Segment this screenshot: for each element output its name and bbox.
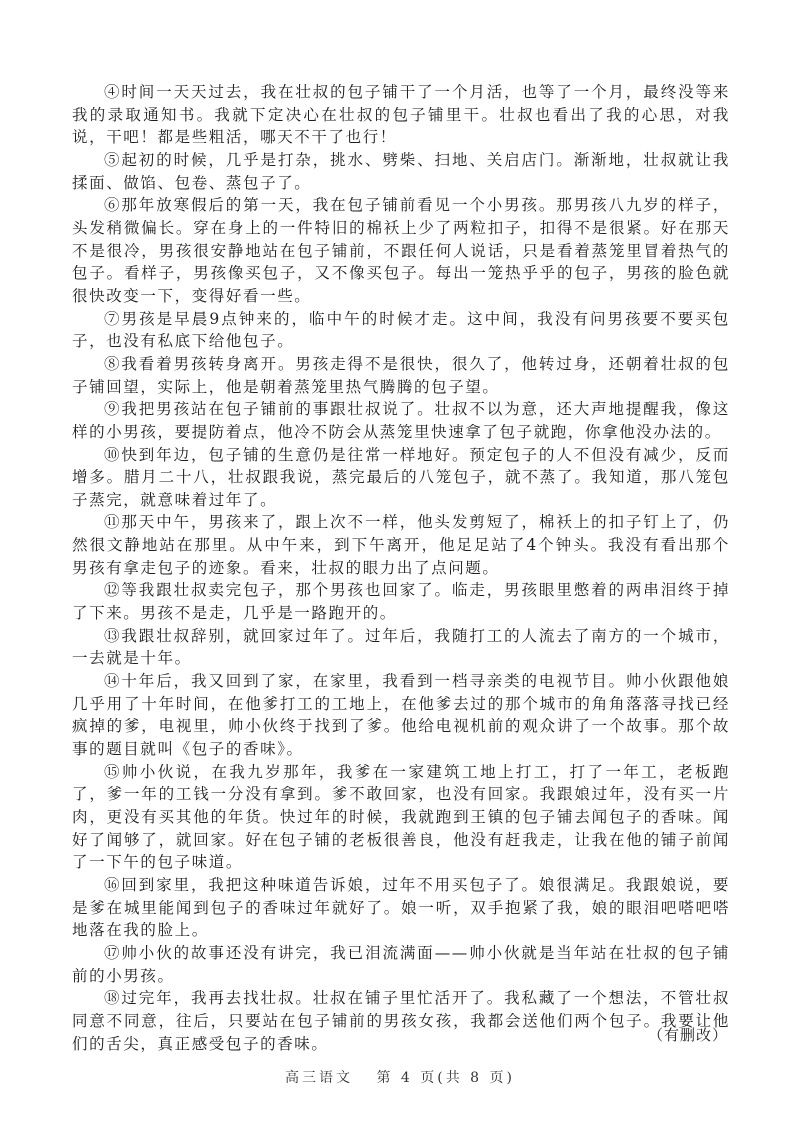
paragraph-18: ⑱过完年，我再去找壮叔。壮叔在铺子里忙活开了。我私藏了一个想法，不管壮叔同意不同… [72,987,730,1055]
paragraph-number: ⑱ [104,989,121,1007]
paragraph-number: ⑮ [104,763,122,781]
paragraph-text: 回到家里，我把这种味道告诉娘，过年不用买包子了。娘很满足。我跟娘说，要是爹在城里… [72,876,730,939]
paragraph-11: ⑪那天中午，男孩来了，跟上次不一样，他头发剪短了，棉袄上的扣子钉上了，仍然很文静… [72,511,730,579]
paragraph-text: 帅小伙说，在我九岁那年，我爹在一家建筑工地上打工，打了一年工，老板跑了，爹一年的… [72,763,730,872]
page-footer: 高三语文 第 4 页(共 8 页) [0,1067,800,1087]
paragraph-text: 那年放寒假后的第一天，我在包子铺前看见一个小男孩。那男孩八九岁的样子，头发稍微偏… [72,196,730,305]
paragraph-7: ⑦男孩是早晨9点钟来的，临中午的时候才走。这中间，我没有问男孩要不要买包子，也没… [72,308,730,353]
article-body: ④时间一天天过去，我在壮叔的包子铺干了一个月活，也等了一个月，最终没等来我的录取… [72,81,730,1055]
source-note: （有删改） [648,1024,728,1045]
paragraph-number: ⑪ [104,513,121,531]
paragraph-number: ⑧ [104,355,121,373]
paragraph-number: ⑭ [104,672,121,690]
paragraph-text: 男孩是早晨9点钟来的，临中午的时候才走。这中间，我没有问男孩要不要买包子，也没有… [72,310,730,351]
paragraph-number: ④ [104,83,121,101]
paragraph-text: 起初的时候，几乎是打杂，挑水、劈柴、扫地、关启店门。渐渐地，壮叔就让我揉面、做馅… [72,151,730,192]
paragraph-13: ⑬我跟壮叔辞别，就回家过年了。过年后，我随打工的人流去了南方的一个城市，一去就是… [72,625,730,670]
paragraph-4: ④时间一天天过去，我在壮叔的包子铺干了一个月活，也等了一个月，最终没等来我的录取… [72,81,730,149]
paragraph-number: ⑨ [104,400,121,418]
footer-page-number: 第 4 页(共 8 页) [376,1070,515,1086]
paragraph-number: ⑥ [104,196,121,214]
paragraph-10: ⑩快到年边，包子铺的生意仍是往常一样地好。预定包子的人不但没有减少，反而增多。腊… [72,444,730,512]
paragraph-15: ⑮帅小伙说，在我九岁那年，我爹在一家建筑工地上打工，打了一年工，老板跑了，爹一年… [72,761,730,874]
paragraph-text: 我看着男孩转身离开。男孩走得不是很快，很久了，他转过身，还朝着壮叔的包子铺回望，… [72,355,730,396]
paragraph-text: 时间一天天过去，我在壮叔的包子铺干了一个月活，也等了一个月，最终没等来我的录取通… [72,83,730,146]
paragraph-text: 那天中午，男孩来了，跟上次不一样，他头发剪短了，棉袄上的扣子钉上了，仍然很文静地… [72,513,730,576]
paragraph-text: 十年后，我又回到了家，在家里，我看到一档寻亲类的电视节目。帅小伙跟他娘几乎用了十… [72,672,730,758]
paragraph-text: 我跟壮叔辞别，就回家过年了。过年后，我随打工的人流去了南方的一个城市，一去就是十… [72,627,730,668]
footer-subject: 高三语文 [285,1070,353,1086]
paragraph-number: ⑤ [104,151,121,169]
paragraph-number: ⑯ [104,876,121,894]
paragraph-number: ⑬ [104,627,121,645]
paragraph-number: ⑩ [104,446,121,464]
paragraph-9: ⑨我把男孩站在包子铺前的事跟壮叔说了。壮叔不以为意，还大声地提醒我，像这样的小男… [72,398,730,443]
paragraph-17: ⑰帅小伙的故事还没有讲完，我已泪流满面——帅小伙就是当年站在壮叔的包子铺前的小男… [72,942,730,987]
paragraph-number: ⑰ [104,944,121,962]
paragraph-number: ⑫ [104,581,121,599]
paragraph-14: ⑭十年后，我又回到了家，在家里，我看到一档寻亲类的电视节目。帅小伙跟他娘几乎用了… [72,670,730,761]
paragraph-text: 帅小伙的故事还没有讲完，我已泪流满面——帅小伙就是当年站在壮叔的包子铺前的小男孩… [72,944,730,985]
paragraph-8: ⑧我看着男孩转身离开。男孩走得不是很快，很久了，他转过身，还朝着壮叔的包子铺回望… [72,353,730,398]
paragraph-12: ⑫等我跟壮叔卖完包子，那个男孩也回家了。临走，男孩眼里憋着的两串泪终于掉了下来。… [72,579,730,624]
paragraph-number: ⑦ [104,310,122,328]
paragraph-6: ⑥那年放寒假后的第一天，我在包子铺前看见一个小男孩。那男孩八九岁的样子，头发稍微… [72,194,730,307]
paragraph-text: 我把男孩站在包子铺前的事跟壮叔说了。壮叔不以为意，还大声地提醒我，像这样的小男孩… [72,400,730,441]
paragraph-text: 等我跟壮叔卖完包子，那个男孩也回家了。临走，男孩眼里憋着的两串泪终于掉了下来。男… [72,581,730,622]
paragraph-text: 快到年边，包子铺的生意仍是往常一样地好。预定包子的人不但没有减少，反而增多。腊月… [72,446,730,509]
paragraph-text: 过完年，我再去找壮叔。壮叔在铺子里忙活开了。我私藏了一个想法，不管壮叔同意不同意… [72,989,730,1052]
paragraph-16: ⑯回到家里，我把这种味道告诉娘，过年不用买包子了。娘很满足。我跟娘说，要是爹在城… [72,874,730,942]
paragraph-5: ⑤起初的时候，几乎是打杂，挑水、劈柴、扫地、关启店门。渐渐地，壮叔就让我揉面、做… [72,149,730,194]
